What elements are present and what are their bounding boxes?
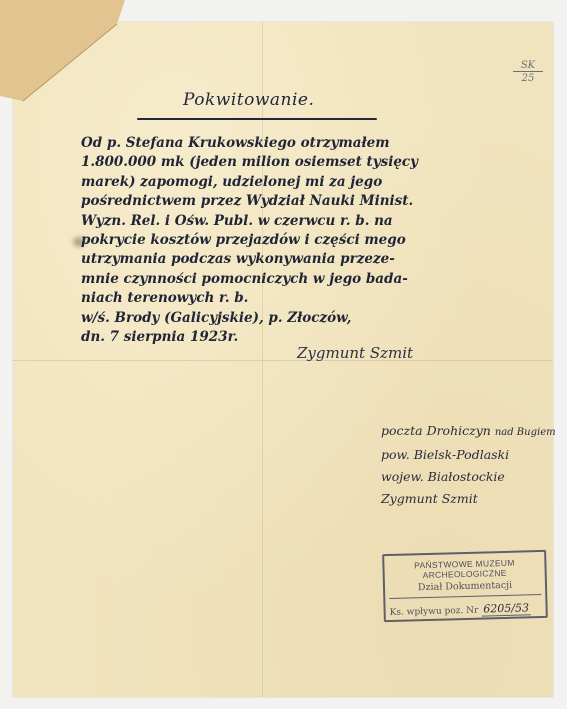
body-line: utrzymania podczas wykonywania przeze- (81, 250, 418, 269)
museum-registration-stamp: PAŃSTWOWE MUZEUM ARCHEOLOGICZNE Dział Do… (382, 550, 548, 622)
address-line-post: poczta Drohiczyn nad Bugiem (381, 420, 556, 444)
body-line: niach terenowych r. b. (81, 289, 418, 308)
title-underline (137, 118, 377, 120)
body-line: Wyzn. Rel. i Ośw. Publ. w czerwcu r. b. … (81, 212, 418, 231)
stamp-entry-label: Ks. wpływu poz. Nr (390, 606, 479, 618)
address-line-district: pow. Bielsk-Podlaski (381, 444, 556, 466)
stamp-entry-number: 6205/53 (481, 601, 531, 616)
body-line: mnie czynności pomocniczych w jego bada- (81, 270, 418, 289)
folded-paper-flap (0, 0, 130, 105)
body-line: pośrednictwem przez Wydział Nauki Minist… (81, 192, 418, 211)
sender-address: poczta Drohiczyn nad Bugiem pow. Bielsk-… (381, 420, 556, 510)
archive-reference-mark: SK 25 (513, 60, 543, 84)
stamp-divider (389, 594, 541, 599)
receipt-body: Od p. Stefana Krukowskiego otrzymałem 1.… (81, 134, 418, 347)
stamp-institution: PAŃSTWOWE MUZEUM ARCHEOLOGICZNE (384, 557, 544, 581)
body-line: pokrycie kosztów przejazdów i części meg… (81, 231, 418, 250)
body-line: 1.800.000 mk (jeden milion osiemset tysi… (81, 153, 418, 172)
body-line: Od p. Stefana Krukowskiego otrzymałem (81, 134, 418, 153)
address-line-voivodeship: wojew. Białostockie (381, 466, 556, 488)
body-line: marek) zapomogi, udzielonej mi za jego (81, 173, 418, 192)
stamp-department: Dział Dokumentacji (385, 579, 545, 594)
address-line-name: Zygmunt Szmit (381, 488, 556, 510)
reference-top: SK (521, 60, 535, 71)
document-title: Pokwitowanie. (183, 90, 314, 110)
signature: Zygmunt Szmit (297, 344, 413, 362)
document-page: SK 25 Pokwitowanie. Od p. Stefana Krukow… (13, 22, 553, 697)
horizontal-fold-line (13, 360, 553, 361)
body-line: w/ś. Brody (Galicyjskie), p. Złoczów, (81, 309, 418, 328)
stamp-entry: Ks. wpływu poz. Nr6205/53 (389, 601, 545, 618)
address-post-suffix: nad Bugiem (495, 427, 556, 438)
address-post-office: poczta Drohiczyn (381, 423, 491, 438)
reference-bottom: 25 (513, 71, 543, 84)
